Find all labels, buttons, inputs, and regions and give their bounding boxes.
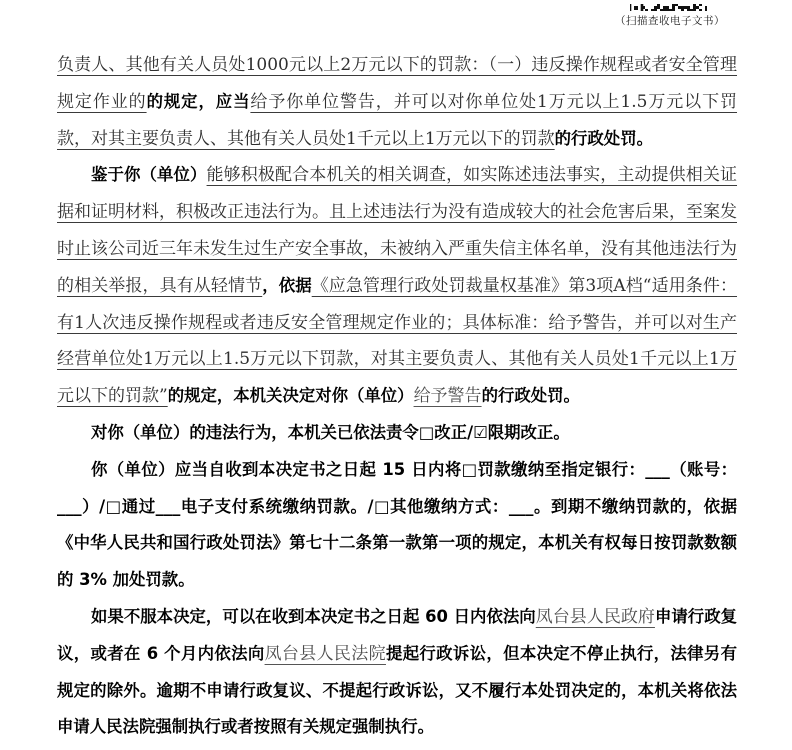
text-run: 凤台县人民政府 [536, 607, 655, 627]
qr-code-icon [630, 0, 707, 11]
text-run: 鉴于你（单位） [91, 165, 207, 184]
text-run: 如果不服本决定，可以在收到本决定书之日起 60 日内依法向 [91, 607, 536, 626]
paragraph: 负责人、其他有关人员处1000元以上2万元以下的罚款：（一）违反操作规程或者安全… [57, 47, 737, 157]
text-run: 凤台县人民法院 [265, 644, 386, 664]
text-run: ，依据 [262, 276, 311, 295]
document-body: 负责人、其他有关人员处1000元以上2万元以下的罚款：（一）违反操作规程或者安全… [57, 47, 737, 746]
paragraph: 如果不服本决定，可以在收到本决定书之日起 60 日内依法向凤台县人民政府申请行政… [57, 599, 737, 746]
text-run: 对你（单位）的违法行为，本机关已依法责令□改正/☑限期改正。 [91, 423, 570, 442]
qr-caption: （扫描查收电子文书） [615, 13, 725, 28]
paragraph: 对你（单位）的违法行为，本机关已依法责令□改正/☑限期改正。 [57, 415, 737, 452]
text-run: 的规定，应当 [147, 92, 251, 111]
text-run: 的行政处罚。 [482, 386, 580, 405]
text-run: 你（单位）应当自收到本决定书之日起 15 日内将□罚款缴纳至指定银行：___（账… [57, 460, 737, 589]
text-run: 给予警告 [414, 386, 482, 406]
text-run: 的规定，本机关决定对你（单位） [168, 386, 414, 405]
paragraph: 鉴于你（单位）能够积极配合本机关的相关调查，如实陈述违法事实，主动提供相关证据和… [57, 157, 737, 415]
paragraph: 你（单位）应当自收到本决定书之日起 15 日内将□罚款缴纳至指定银行：___（账… [57, 452, 737, 599]
scanned-document-page: （扫描查收电子文书） 负责人、其他有关人员处1000元以上2万元以下的罚款：（一… [0, 0, 792, 750]
text-run: 的行政处罚。 [555, 129, 653, 148]
